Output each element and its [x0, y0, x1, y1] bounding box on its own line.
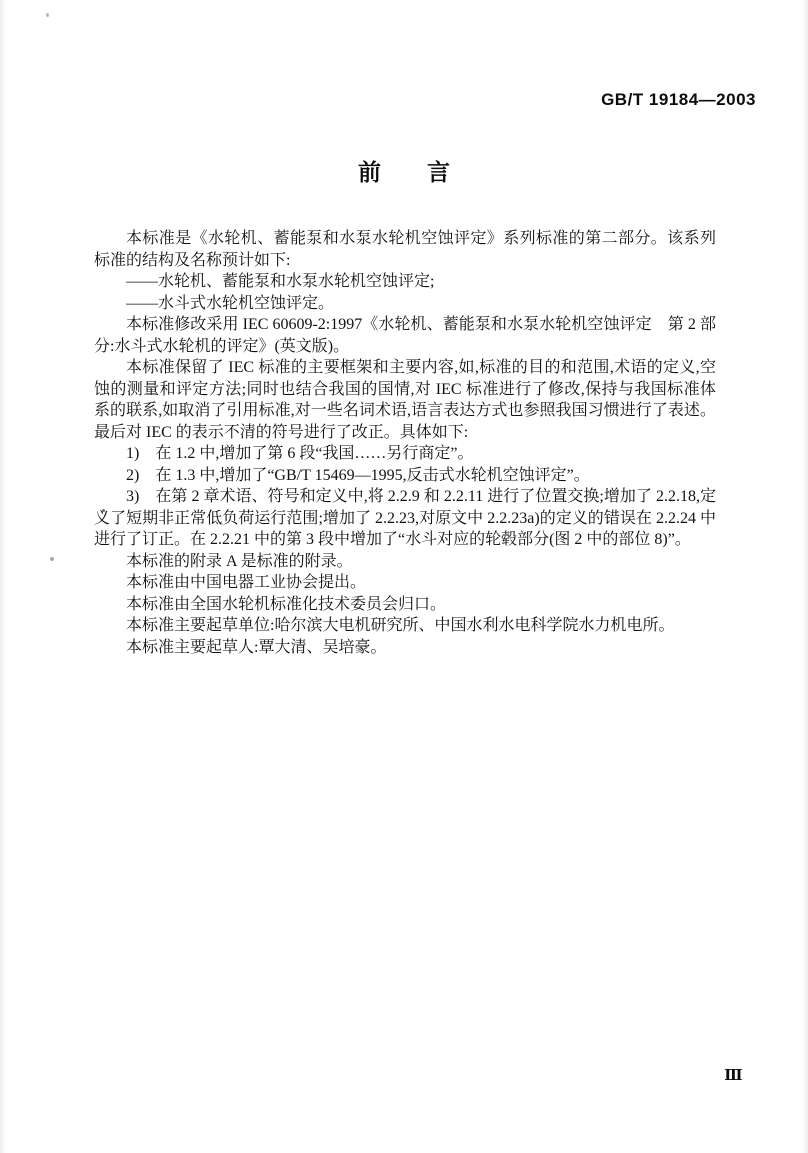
scan-speck: [50, 557, 54, 561]
foreword-list-item: 2) 在 1.3 中,增加了“GB/T 15469—1995,反击式水轮机空蚀评…: [94, 465, 716, 487]
foreword-paragraph: 本标准由中国电器工业协会提出。: [94, 572, 716, 594]
foreword-list-item: 3) 在第 2 章术语、符号和定义中,将 2.2.9 和 2.2.11 进行了位…: [94, 486, 716, 551]
foreword-paragraph: 本标准由全国水轮机标准化技术委员会归口。: [94, 594, 716, 616]
foreword-paragraph: ——水轮机、蓄能泵和水泵水轮机空蚀评定;: [94, 271, 716, 293]
foreword-paragraph: 本标准主要起草人:覃大清、吴培豪。: [94, 637, 716, 659]
document-page: GB/T 19184—2003 前 言 本标准是《水轮机、蓄能泵和水泵水轮机空蚀…: [0, 0, 808, 1153]
foreword-paragraph: ——水斗式水轮机空蚀评定。: [94, 293, 716, 315]
foreword-paragraph: 本标准保留了 IEC 标准的主要框架和主要内容,如,标准的目的和范围,术语的定义…: [94, 357, 716, 443]
foreword-paragraph: 本标准是《水轮机、蓄能泵和水泵水轮机空蚀评定》系列标准的第二部分。该系列标准的结…: [94, 228, 716, 271]
page-number: Ⅲ: [724, 1066, 742, 1085]
foreword-paragraph: 本标准的附录 A 是标准的附录。: [94, 551, 716, 573]
page-title: 前 言: [0, 154, 808, 187]
foreword-paragraph: 本标准主要起草单位:哈尔滨大电机研究所、中国水利水电科学院水力机电所。: [94, 615, 716, 637]
scan-speck: [46, 13, 49, 17]
standard-code: GB/T 19184—2003: [601, 90, 756, 110]
foreword-paragraph: 本标准修改采用 IEC 60609-2:1997《水轮机、蓄能泵和水泵水轮机空蚀…: [94, 314, 716, 357]
foreword-body: 本标准是《水轮机、蓄能泵和水泵水轮机空蚀评定》系列标准的第二部分。该系列标准的结…: [94, 228, 716, 658]
foreword-list-item: 1) 在 1.2 中,增加了第 6 段“我国……另行商定”。: [94, 443, 716, 465]
